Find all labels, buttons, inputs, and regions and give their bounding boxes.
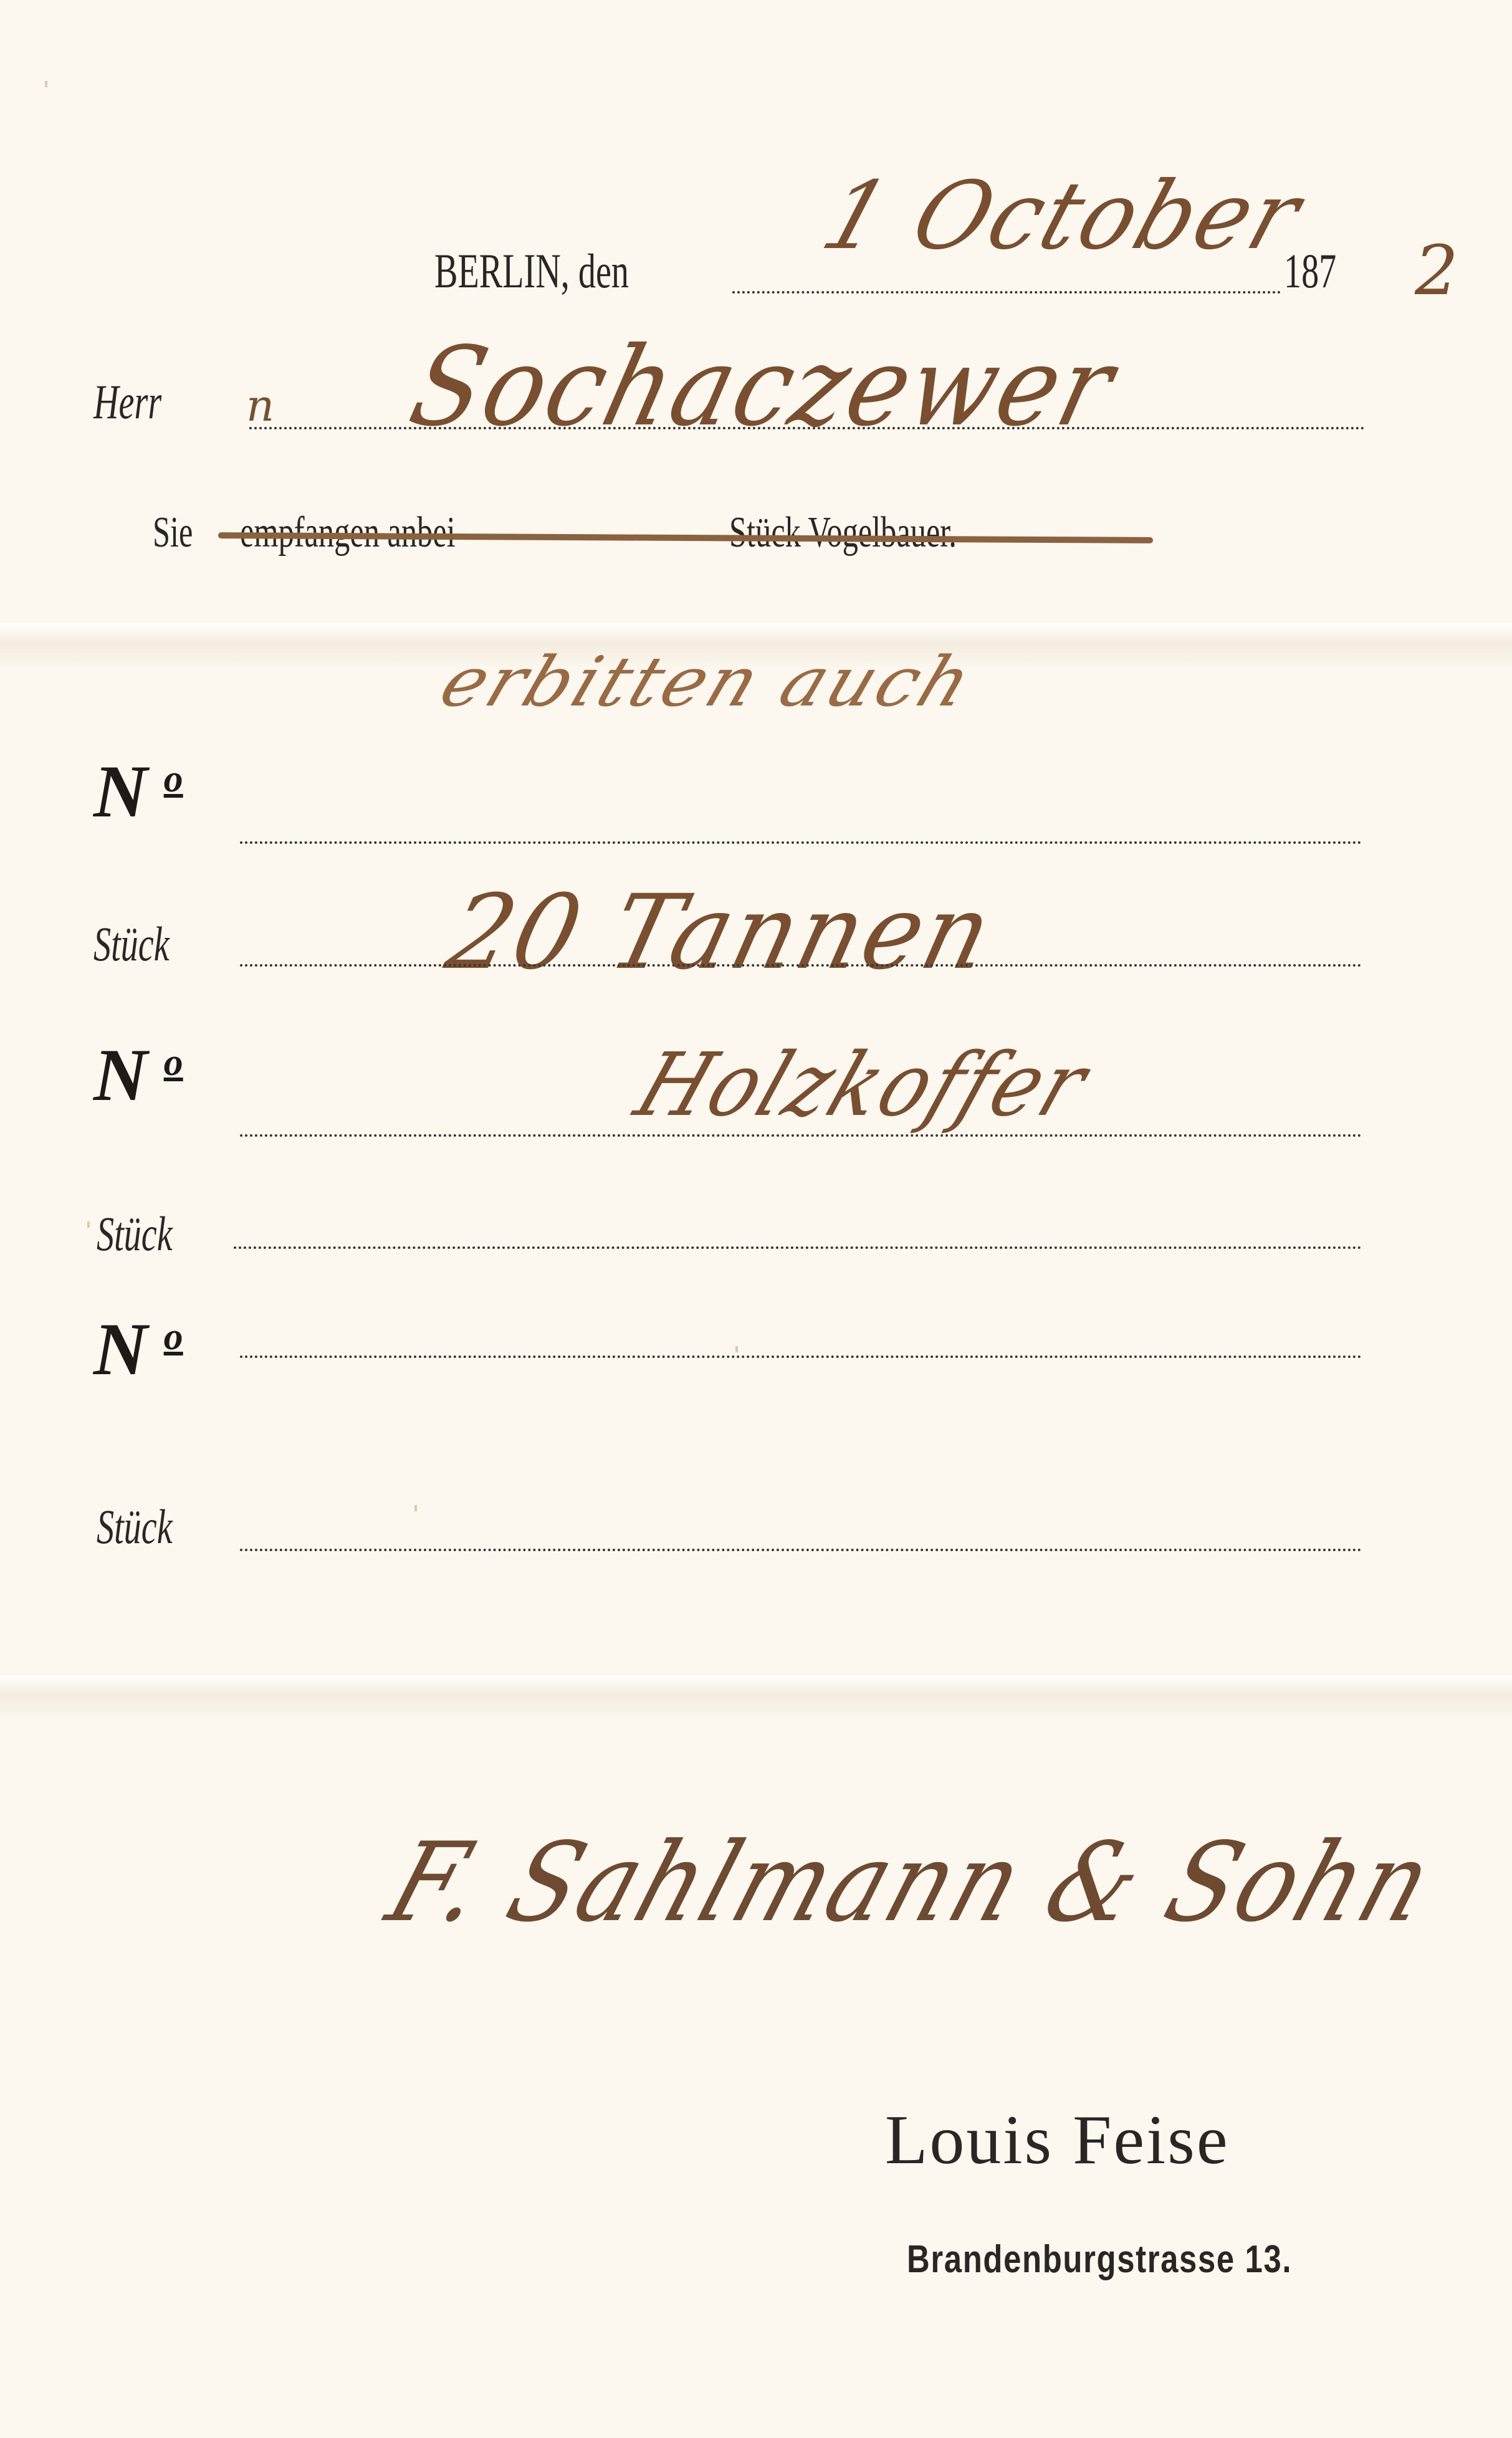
printed-line-sie: Sie [153,508,193,558]
salutation-label: Herr [93,374,161,430]
numero-label: N [93,1307,148,1390]
number-dotted-line [240,1134,1362,1137]
year-handwritten-digit: 2 [1415,231,1461,310]
numero-superscript: o [164,1041,183,1084]
stueck-label: Stück [97,1499,173,1555]
company-name: Louis Feise [885,2100,1230,2181]
recipient-name-handwritten: Sochaczewer [399,324,1127,451]
numero-label: N [93,750,148,833]
salutation-suffix: n [246,380,277,431]
fold-crease-lower [0,1675,1512,1719]
handwritten-note: erbitten auch [430,642,985,722]
year-printed: 187 [1284,243,1336,299]
signature-handwritten: F. Sahlmann & Sohn [374,1820,1448,1946]
paper-speck [414,1505,417,1511]
stueck-label: Stück [93,916,170,972]
place-label: BERLIN, den [434,243,629,299]
stueck-dotted-line [240,1549,1362,1551]
printed-line-stueck-vogelbauer: Stück Vogelbauer. [729,508,957,558]
item-number-value-handwritten: Holzkoffer [623,1035,1102,1136]
number-dotted-line [240,841,1362,844]
date-dotted-line [732,291,1281,294]
numero-superscript: o [164,758,183,800]
numero-superscript: o [164,1316,183,1358]
numero-symbol: N o [93,1038,183,1112]
paper-speck [735,1346,738,1352]
number-dotted-line [240,1355,1362,1358]
company-address: Brandenburgstrasse 13. [907,2237,1292,2282]
numero-symbol: N o [93,1312,183,1387]
paper-speck [45,81,47,87]
numero-label: N [93,1033,148,1116]
numero-symbol: N o [93,754,183,829]
date-handwritten: 1 October [810,162,1315,270]
stueck-dotted-line [240,964,1362,967]
stueck-value-handwritten: 20 Tannen [436,872,1005,992]
paper-speck [87,1221,90,1228]
stueck-label: Stück [97,1206,173,1262]
stueck-dotted-line [234,1246,1362,1249]
